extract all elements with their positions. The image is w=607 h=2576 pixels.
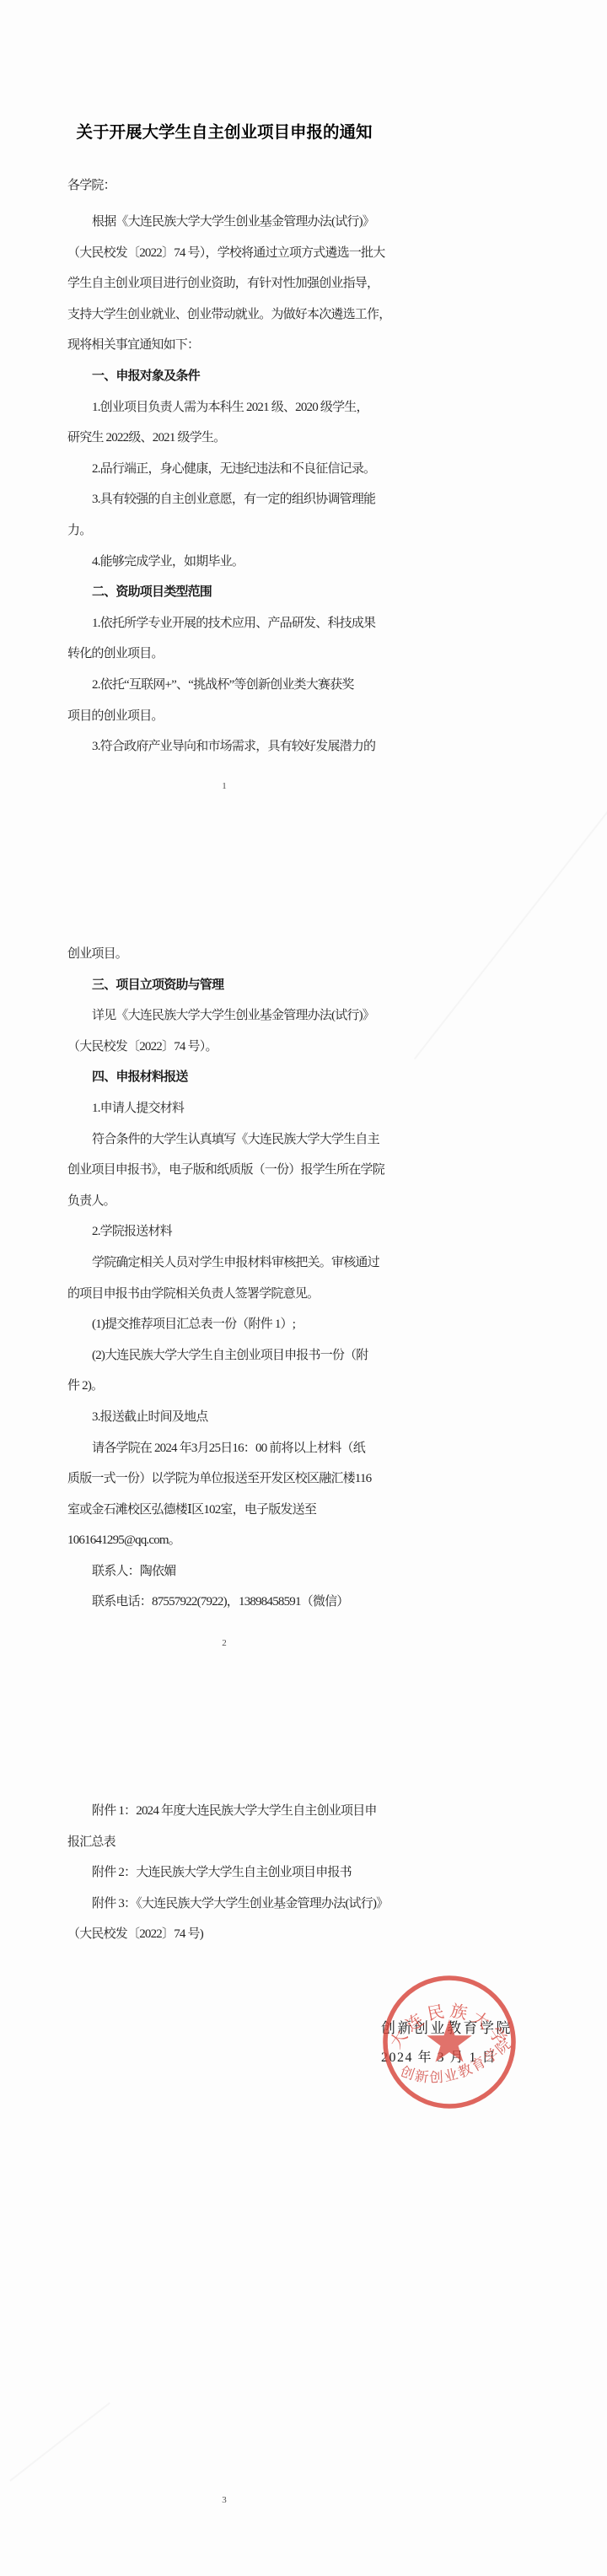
text-line: 2.学院报送材料 (67, 1216, 381, 1248)
document-title: 关于开展大学生自主创业项目申报的通知 (67, 119, 381, 143)
page-2-body: 创业项目。三、项目立项资助与管理详见《大连民族大学大学生创业基金管理办法(试行)… (67, 939, 381, 1618)
text-line: 质版一式一份）以学院为单位报送至开发区校区融汇楼116 (67, 1463, 381, 1495)
text-line: 联系电话：87557922(7922)，13898458591（微信） (67, 1587, 381, 1618)
text-line: 现将相关事宜通知如下： (67, 330, 381, 361)
salutation: 各学院： (67, 175, 115, 193)
text-line: 1061641295@qq.com。 (67, 1525, 381, 1556)
text-line: （大民校发〔2022〕74 号) (67, 1919, 381, 1950)
text-line: 的项目申报书由学院相关负责人签署学院意见。 (67, 1279, 381, 1310)
text-line: 件 2)。 (67, 1371, 381, 1402)
text-line: 详见《大连民族大学大学生创业基金管理办法(试行)》 (67, 1000, 381, 1032)
text-line: 3.报送截止时间及地点 (67, 1402, 381, 1433)
text-line: 1.依托所学专业开展的技术应用、产品研发、科技成果 (67, 608, 381, 639)
text-line: 四、申报材料报送 (67, 1062, 381, 1093)
text-line: 3.符合政府产业导向和市场需求，具有较好发展潜力的 (67, 731, 381, 763)
scan-streak (414, 779, 607, 1059)
page-1-body: 根据《大连民族大学大学生创业基金管理办法(试行)》（大民校发〔2022〕74 号… (67, 207, 381, 763)
text-line: 一、申报对象及条件 (67, 361, 381, 392)
text-line: （大民校发〔2022〕74 号），学校将通过立项方式遴选一批大 (67, 238, 381, 269)
official-seal: 大连民族大学 创新创业教育学院 (379, 1972, 519, 2112)
text-line: 力。 (67, 515, 381, 547)
text-line: (1)提交推荐项目汇总表一份（附件 1）; (67, 1309, 381, 1340)
text-line: 创业项目申报书》，电子版和纸质版（一份）报学生所在学院 (67, 1155, 381, 1186)
document-scan: 关于开展大学生自主创业项目申报的通知 各学院： 根据《大连民族大学大学生创业基金… (0, 0, 607, 2576)
text-line: 二、资助项目类型范围 (67, 577, 381, 608)
scan-streak (9, 2402, 110, 2482)
page-number-1: 1 (67, 781, 381, 791)
text-line: 支持大学生创业就业、创业带动就业。为做好本次遴选工作， (67, 299, 381, 331)
text-line: 学院确定相关人员对学生申报材料审核把关。审核通过 (67, 1248, 381, 1279)
text-line: 符合条件的大学生认真填写《大连民族大学大学生自主 (67, 1124, 381, 1156)
signature-date: 2024 年 3 月 1 日 (381, 2046, 497, 2066)
text-line: 1.创业项目负责人需为本科生 2021 级、2020 级学生， (67, 392, 381, 423)
text-line: 附件 3：《大连民族大学大学生创业基金管理办法(试行)》 (67, 1889, 381, 1920)
text-line: 附件 1：2024 年度大连民族大学大学生自主创业项目申 (67, 1796, 381, 1827)
page-number-3: 3 (67, 2495, 381, 2505)
text-line: 负责人。 (67, 1186, 381, 1217)
text-line: 2.品行端正，身心健康，无违纪违法和不良征信记录。 (67, 454, 381, 485)
text-line: 1.申请人提交材料 (67, 1093, 381, 1124)
text-line: 4.能够完成学业，如期毕业。 (67, 547, 381, 578)
text-line: （大民校发〔2022〕74 号）。 (67, 1032, 381, 1063)
page-3-body: 附件 1：2024 年度大连民族大学大学生自主创业项目申报汇总表附件 2：大连民… (67, 1796, 381, 1950)
text-line: 学生自主创业项目进行创业资助，有针对性加强创业指导， (67, 268, 381, 299)
text-line: 3.具有较强的自主创业意愿，有一定的组织协调管理能 (67, 484, 381, 515)
text-line: 三、项目立项资助与管理 (67, 970, 381, 1001)
text-line: 研究生 2022级、2021 级学生。 (67, 423, 381, 454)
text-line: 联系人：陶依媚 (67, 1556, 381, 1587)
text-line: 2.依托“互联网+”、“挑战杯”等创新创业类大赛获奖 (67, 670, 381, 701)
page-number-2: 2 (67, 1638, 381, 1648)
text-line: 附件 2：大连民族大学大学生自主创业项目申报书 (67, 1857, 381, 1889)
text-line: (2)大连民族大学大学生自主创业项目申报书一份（附 (67, 1340, 381, 1372)
text-line: 请各学院在 2024 年3月25日16：00 前将以上材料（纸 (67, 1433, 381, 1464)
signature-organization: 创新创业教育学院 (381, 2016, 513, 2037)
text-line: 创业项目。 (67, 939, 381, 970)
seal-ring (385, 1978, 513, 2106)
text-line: 项目的创业项目。 (67, 701, 381, 732)
text-line: 转化的创业项目。 (67, 639, 381, 670)
text-line: 室或金石滩校区弘德楼Ⅰ区102室，电子版发送至 (67, 1495, 381, 1526)
text-line: 报汇总表 (67, 1827, 381, 1858)
text-line: 根据《大连民族大学大学生创业基金管理办法(试行)》 (67, 207, 381, 238)
